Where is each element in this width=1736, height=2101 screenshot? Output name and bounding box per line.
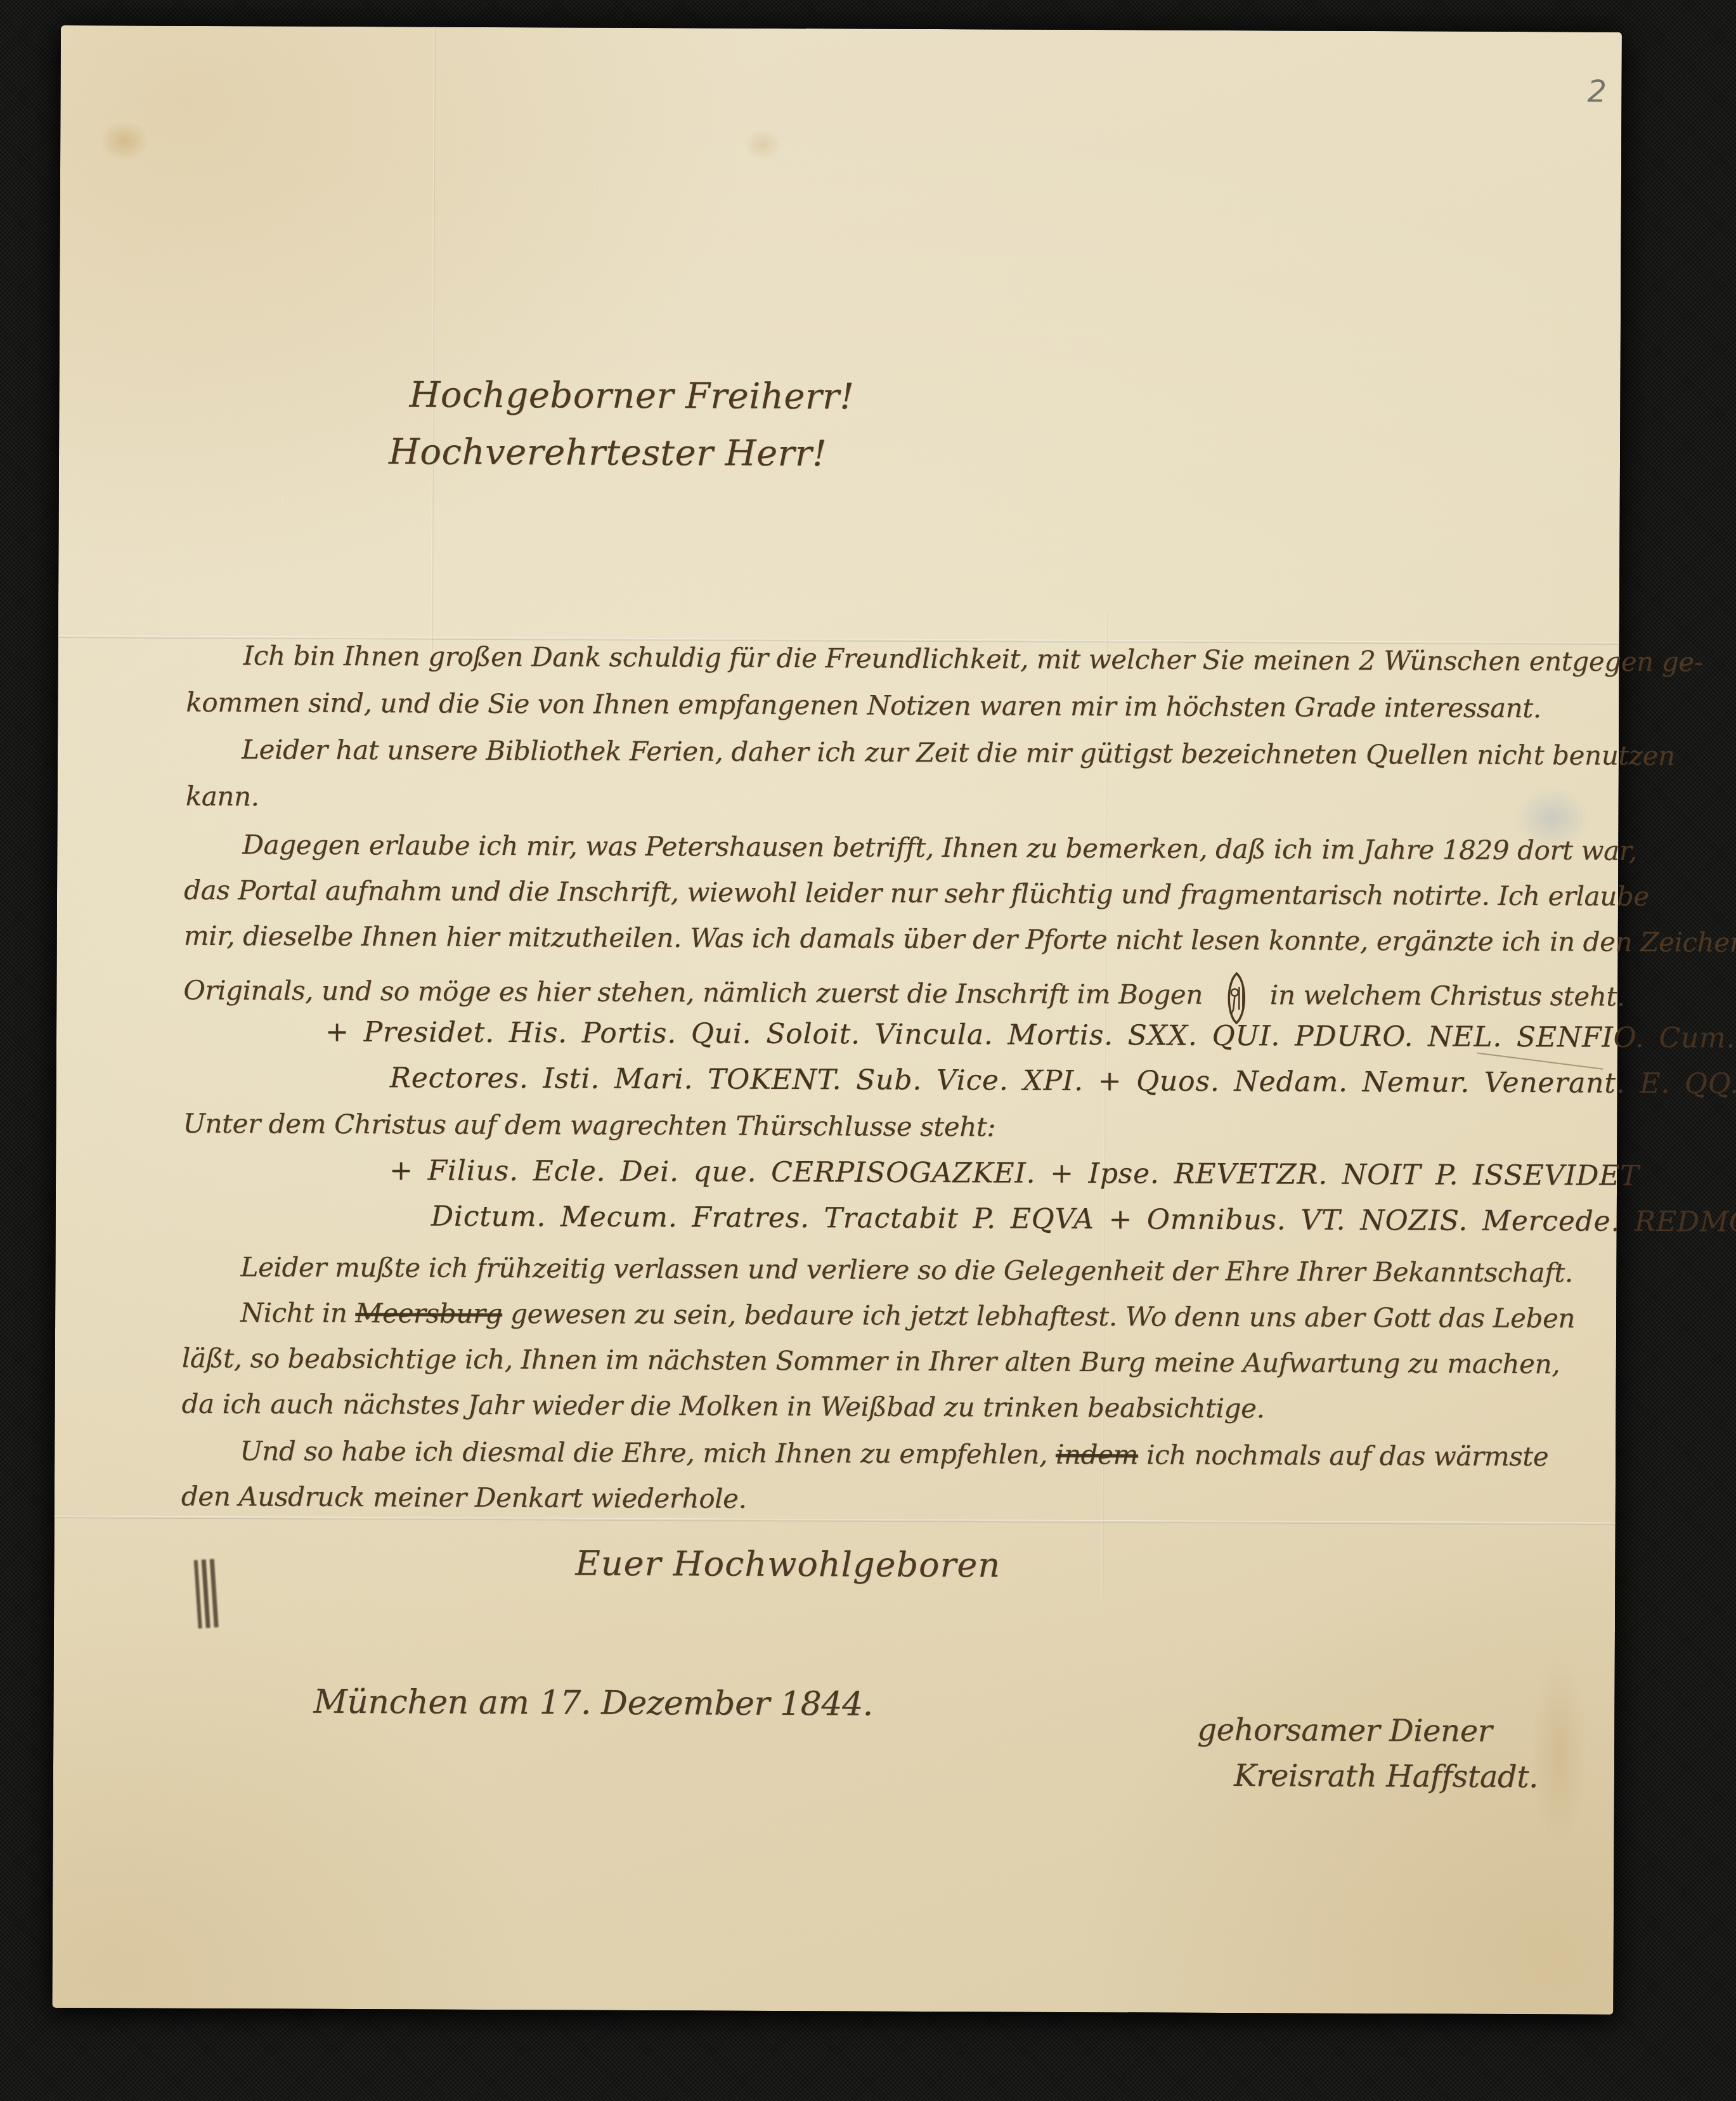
ink-smudge bbox=[190, 1559, 224, 1629]
inscription-lintel-line2: Dictum. Mecum. Fratres. Tractabit P. EQV… bbox=[431, 1200, 1736, 1239]
archival-page-number: 2 bbox=[1587, 74, 1607, 110]
salutation-line-2: Hochverehrtester Herr! bbox=[389, 431, 827, 474]
para4-line4: da ich auch nächstes Jahr wieder die Mol… bbox=[181, 1388, 1264, 1424]
photographed-letter-scene: Hochgeborner Freiherr! Hochverehrtester … bbox=[0, 0, 1736, 2101]
para1-line2: kommen sind, und die Sie von Ihnen empfa… bbox=[186, 687, 1541, 724]
mandorla-christ-sketch-icon bbox=[1218, 972, 1255, 1025]
para2-line2: kann. bbox=[186, 781, 259, 812]
foxing-stain-top-left bbox=[100, 120, 149, 161]
dateline: München am 17. Dezember 1844. bbox=[313, 1683, 873, 1724]
stain-bottom-right bbox=[1530, 1655, 1588, 1845]
para4-line3: läßt, so beabsichtige ich, Ihnen im näch… bbox=[182, 1343, 1560, 1379]
para5-line1-before: Und so habe ich diesmal die Ehre, mich I… bbox=[240, 1435, 1047, 1470]
para3-line2: das Portal aufnahm und die Inschrift, wi… bbox=[184, 875, 1649, 912]
signature-line2: Kreisrath Haffstadt. bbox=[1234, 1758, 1538, 1795]
para4-line1: Leider mußte ich frühzeitig verlassen un… bbox=[240, 1251, 1573, 1288]
para5-line2: den Ausdruck meiner Denkart wiederhole. bbox=[181, 1481, 747, 1514]
salutation-line-1: Hochgeborner Freiherr! bbox=[409, 374, 854, 417]
inscription-arch-line2: Rectores. Isti. Mari. TOKENT. Sub. Vice.… bbox=[390, 1062, 1736, 1100]
para3-line4-before: Originals, und so möge es hier stehen, n… bbox=[183, 974, 1203, 1010]
para3-line3: mir, dieselbe Ihnen hier mitzutheilen. W… bbox=[184, 920, 1736, 958]
signature-line1: gehorsamer Diener bbox=[1197, 1712, 1492, 1749]
inscription-arch-line1: + Presidet. His. Portis. Qui. Soloit. Vi… bbox=[325, 1016, 1736, 1055]
para4-line2: Nicht in Meersburg gewesen zu sein, beda… bbox=[240, 1297, 1575, 1334]
para5-line1-after: ich nochmals auf das wärmste bbox=[1146, 1439, 1548, 1472]
para2-line1: Leider hat unsere Bibliothek Ferien, dah… bbox=[242, 734, 1675, 771]
between-inscriptions-note: Unter dem Christus auf dem wagrechten Th… bbox=[183, 1108, 995, 1143]
closing-formula: Euer Hochwohlgeboren bbox=[575, 1544, 1001, 1585]
fold-crease-horizontal-2 bbox=[55, 1516, 1616, 1525]
para5-line1: Und so habe ich diesmal die Ehre, mich I… bbox=[240, 1435, 1548, 1472]
para4-line2-before: Nicht in bbox=[240, 1297, 347, 1329]
para3-line1: Dagegen erlaube ich mir, was Petershause… bbox=[242, 829, 1637, 866]
para1-line1: Ich bin Ihnen großen Dank schuldig für d… bbox=[243, 640, 1703, 677]
para4-line2-struck-word: Meersburg bbox=[355, 1298, 502, 1329]
fold-crease-vertical-1 bbox=[431, 27, 436, 668]
para3-line4: Originals, und so möge es hier stehen, n… bbox=[183, 963, 1625, 1023]
para3-line4-after: in welchem Christus steht. bbox=[1270, 979, 1625, 1011]
letter-page: Hochgeborner Freiherr! Hochverehrtester … bbox=[52, 25, 1622, 2015]
inscription-lintel-line1: + Filius. Ecle. Dei. que. CERPISOGAZKEI.… bbox=[389, 1154, 1639, 1192]
para4-line2-after: gewesen zu sein, bedaure ich jetzt lebha… bbox=[510, 1298, 1575, 1334]
foxing-stain-top-center bbox=[744, 129, 782, 160]
para5-line1-struck-word: indem bbox=[1056, 1439, 1138, 1471]
